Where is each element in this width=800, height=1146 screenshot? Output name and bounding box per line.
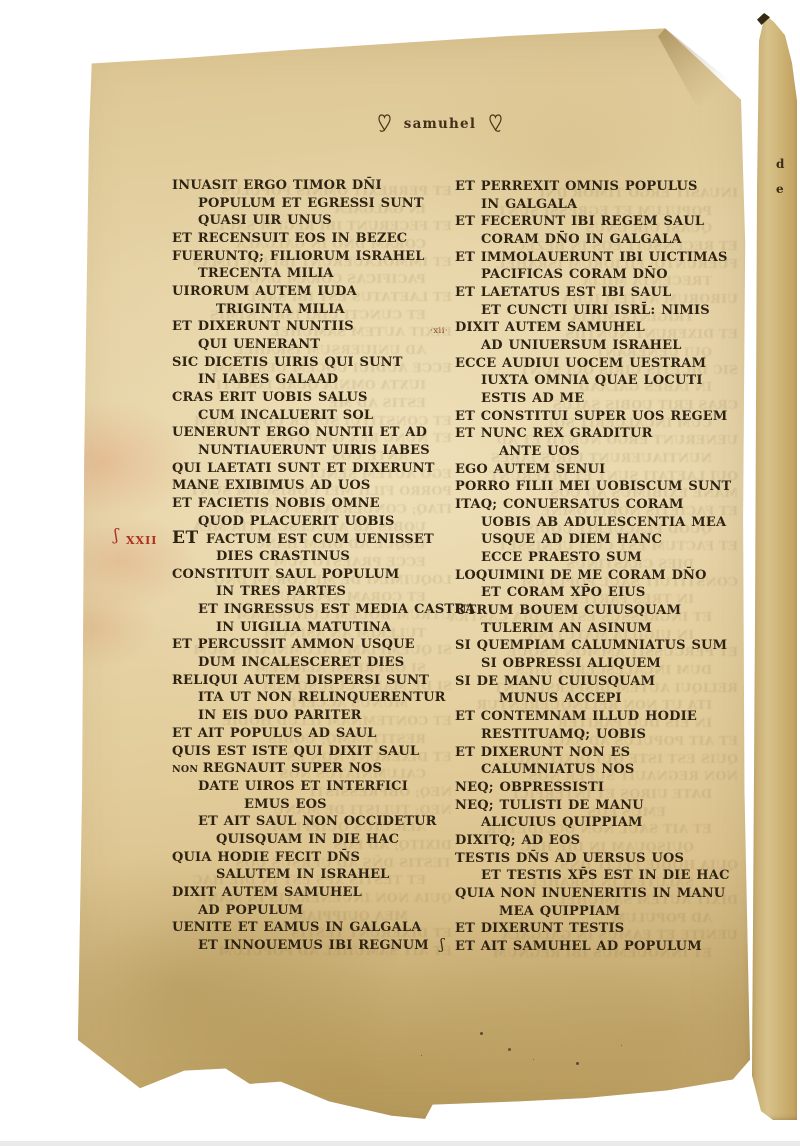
text-line: PACIFICAS CORAM DN̄O — [455, 266, 757, 284]
text-line: CUM INCALUERIT SOL — [172, 407, 474, 425]
text-line: INUASIT ERGO TIMOR DN̄I — [172, 177, 474, 195]
header-flourish-right-icon — [488, 112, 503, 136]
text-line: TULERIM AN ASINUM — [455, 620, 757, 638]
text-line: RELIQUI AUTEM DISPERSI SUNT — [172, 672, 474, 690]
text-line: ET CUNCTI UIRI ISRL̄: NIMIS — [455, 302, 757, 320]
text-line: ITAQ; CONUERSATUS CORAM — [455, 496, 757, 514]
text-line: ET AIT SAUL NON OCCIDETUR — [172, 813, 474, 831]
text-line: ET PERREXIT OMNIS POPULUS — [455, 178, 757, 196]
text-column-right: ET PERREXIT OMNIS POPULUSIN GALGALAET FE… — [455, 178, 757, 956]
text-line: SALUTEM IN ISRAHEL — [172, 866, 474, 884]
text-line: ET LAETATUS EST IBI SAUL — [455, 284, 757, 302]
running-header: samuhel — [330, 110, 550, 138]
text-line: IN EIS DUO PARITER — [172, 707, 474, 725]
text-line: QUOD PLACUERIT UOBIS — [172, 513, 474, 531]
text-line: ALICUIUS QUIPPIAM — [455, 814, 757, 832]
text-line: SI DE MANU CUIUSQUAM — [455, 673, 757, 691]
text-column-left: INUASIT ERGO TIMOR DN̄IPOPULUM ET EGRESS… — [172, 177, 474, 955]
text-line: QUIA HODIE FECIT DN̄S — [172, 849, 474, 867]
text-line: ESTIS AD ME — [455, 390, 757, 408]
text-line: IUXTA OMNIA QUAE LOCUTI — [455, 372, 757, 390]
parchment-specks — [480, 1032, 483, 1035]
text-line: CONSTITUIT SAUL POPULUM — [172, 566, 474, 584]
page-title: samuhel — [404, 116, 476, 132]
text-line: MUNUS ACCEPI — [455, 690, 757, 708]
text-line: DIES CRASTINUS — [172, 548, 474, 566]
text-line: QUASI UIR UNUS — [172, 212, 474, 230]
text-line: DIXITQ; AD EOS — [455, 832, 757, 850]
text-line: NON REGNAUIT SUPER NOS — [172, 760, 474, 778]
text-line: ET PERCUSSIT AMMON USQUE — [172, 636, 474, 654]
text-line: ET DIXERUNT TESTIS — [455, 920, 757, 938]
text-line: ET DIXERUNT NON ES — [455, 744, 757, 762]
text-line: DIXIT AUTEM SAMUHEL — [172, 884, 474, 902]
text-line: ET CONTEMNAM ILLUD HODIE — [455, 708, 757, 726]
text-line: ET TESTIS XP̄S EST IN DIE HAC — [455, 867, 757, 885]
text-line: IN UIGILIA MATUTINA — [172, 619, 474, 637]
text-line: ET DIXERUNT NUNTIIS — [172, 318, 474, 336]
text-line: UENITE ET EAMUS IN GALGALA — [172, 919, 474, 937]
text-line: EMUS EOS — [172, 796, 474, 814]
text-line: SI QUEMPIAM CALUMNIATUS SUM — [455, 637, 757, 655]
text-line: IN TRES PARTES — [172, 583, 474, 601]
text-line: RESTITUAMQ; UOBIS — [455, 726, 757, 744]
margin-chapter-note: ·xii· — [430, 323, 448, 341]
text-line: ET INNOUEMUS IBI REGNUM — [172, 937, 474, 955]
text-line: SI OBPRESSI ALIQUEM — [455, 655, 757, 673]
text-line: AD POPULUM — [172, 902, 474, 920]
text-line: QUI LAETATI SUNT ET DIXERUNT — [172, 460, 474, 478]
text-line: ET CONSTITUI SUPER UOS REGEM — [455, 408, 757, 426]
text-line: ECCE PRAESTO SUM — [455, 549, 757, 567]
text-line: TRECENTA MILIA — [172, 265, 474, 283]
text-line: CALUMNIATUS NOS — [455, 761, 757, 779]
text-line: IN IABES GALAAD — [172, 371, 474, 389]
text-line: LOQUIMINI DE ME CORAM DN̄O — [455, 567, 757, 585]
text-line: ET INGRESSUS EST MEDIA CASTRA — [172, 601, 474, 619]
chapter-flourish-icon: ʃ — [114, 526, 119, 544]
text-line: POPULUM ET EGRESSI SUNT — [172, 195, 474, 213]
paragraph-flourish-icon: ʃ — [440, 936, 444, 954]
text-line: NEQ; TULISTI DE MANU — [455, 797, 757, 815]
text-line: QUI UENERANT — [172, 336, 474, 354]
text-line: DATE UIROS ET INTERFICI — [172, 778, 474, 796]
text-line: ET CORAM XP̄O EIUS — [455, 584, 757, 602]
text-line: ʃET AIT SAMUHEL AD POPULUM — [455, 938, 757, 956]
text-line: UIRORUM AUTEM IUDA — [172, 283, 474, 301]
text-line: TRIGINTA MILIA — [172, 301, 474, 319]
text-line: TESTIS DN̄S AD UERSUS UOS — [455, 850, 757, 868]
text-line: ET AIT POPULUS AD SAUL — [172, 725, 474, 743]
text-line: ʃXXIIET FACTUM EST CUM UENISSET — [172, 530, 474, 548]
text-line: PORRO FILII MEI UOBISCUM SUNT — [455, 478, 757, 496]
text-line: SIC DICETIS UIRIS QUI SUNT — [172, 354, 474, 372]
text-line: IN GALGALA — [455, 196, 757, 214]
text-line: QUISQUAM IN DIE HAC — [172, 831, 474, 849]
text-line: AD UNIUERSUM ISRAHEL — [455, 337, 757, 355]
text-line: ET FACIETIS NOBIS OMNE — [172, 495, 474, 513]
text-line: CRAS ERIT UOBIS SALUS — [172, 389, 474, 407]
text-line: DUM INCALESCERET DIES — [172, 654, 474, 672]
text-line: ET NUNC REX GRADITUR — [455, 425, 757, 443]
text-line: ANTE UOS — [455, 443, 757, 461]
text-line: UENERUNT ERGO NUNTII ET AD — [172, 424, 474, 442]
header-flourish-left-icon — [377, 112, 392, 136]
chapter-number: XXII — [126, 532, 157, 550]
text-line: MEA QUIPPIAM — [455, 903, 757, 921]
text-line: FUERUNTQ; FILIORUM ISRAHEL — [172, 248, 474, 266]
text-line: EGO AUTEM SENUI — [455, 461, 757, 479]
text-line: NUNTIAUERUNT UIRIS IABES — [172, 442, 474, 460]
text-line: QUIS EST ISTE QUI DIXIT SAUL — [172, 743, 474, 761]
text-line: NEQ; OBPRESSISTI — [455, 779, 757, 797]
text-line: ECCE AUDIUI UOCEM UESTRAM — [455, 355, 757, 373]
next-page-peek-letters: d e — [776, 152, 794, 202]
text-line: CORAM DN̄O IN GALGALA — [455, 231, 757, 249]
text-line: UOBIS AB ADULESCENTIA MEA — [455, 514, 757, 532]
text-line: UTRUM BOUEM CUIUSQUAM — [455, 602, 757, 620]
text-line: MANE EXIBIMUS AD UOS — [172, 477, 474, 495]
text-line: ITA UT NON RELINQUERENTUR — [172, 689, 474, 707]
text-line: QUIA NON INUENERITIS IN MANU — [455, 885, 757, 903]
text-line: ·xii·DIXIT AUTEM SAMUHEL — [455, 319, 757, 337]
text-line: USQUE AD DIEM HANC — [455, 531, 757, 549]
scan-edge-strip — [0, 1141, 800, 1146]
text-line: ET RECENSUIT EOS IN BEZEC — [172, 230, 474, 248]
text-line: ET IMMOLAUERUNT IBI UICTIMAS — [455, 249, 757, 267]
text-line: ET FECERUNT IBI REGEM SAUL — [455, 213, 757, 231]
